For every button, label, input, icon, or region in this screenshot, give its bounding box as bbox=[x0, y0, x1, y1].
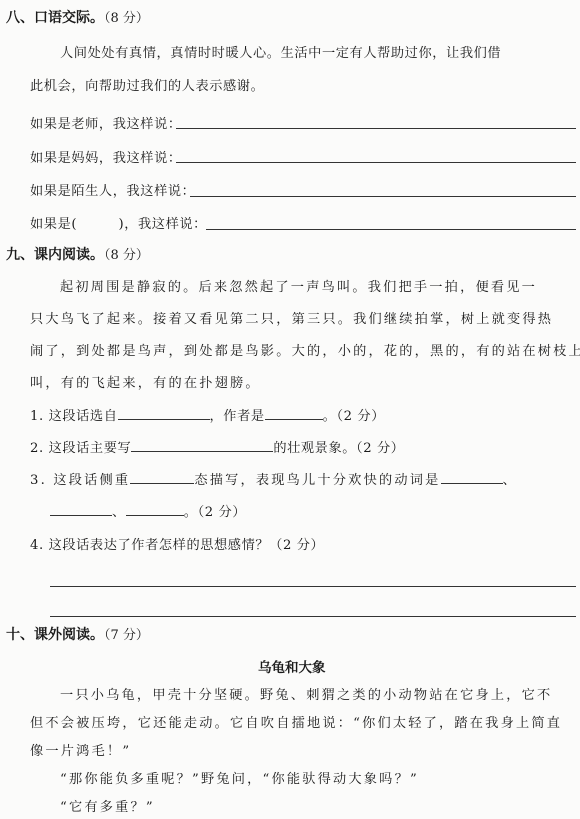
question-3: 3. 这段话侧重态描写，表现鸟儿十分欢快的动词是、 bbox=[30, 469, 518, 488]
q4-answer-line-2[interactable] bbox=[50, 616, 576, 617]
points: （8 分） bbox=[104, 11, 149, 26]
passage-line: 只大鸟飞了起来。接着又看见第二只，第三只。我们继续拍掌，树上就变得热 bbox=[30, 308, 553, 327]
question-4: 4. 这段话表达了作者怎样的思想感情？（2 分） bbox=[30, 534, 324, 553]
q3-blank-verb-3[interactable] bbox=[126, 503, 184, 516]
answer-line-teacher[interactable] bbox=[176, 128, 576, 129]
section-10-heading: 十、课外阅读。（7 分） bbox=[6, 624, 149, 644]
passage-line: 闹了，到处都是鸟声，到处都是鸟影。大的，小的，花的，黑的，有的站在树枝上 bbox=[30, 340, 580, 359]
answer-line-stranger[interactable] bbox=[190, 196, 576, 197]
q3-text: 。（2 分） bbox=[184, 505, 246, 520]
q1-blank-author[interactable] bbox=[265, 407, 323, 420]
question-1: 1. 这段话选自，作者是。（2 分） bbox=[30, 405, 385, 424]
passage-line: 起初周围是静寂的。后来忽然起了一声鸟叫。我们把手一拍，便看见一 bbox=[60, 276, 537, 295]
passage-line: 叫，有的飞起来，有的在扑翅膀。 bbox=[30, 372, 261, 391]
story-line: “它有多重？” bbox=[60, 796, 155, 815]
q3-text: 、 bbox=[503, 473, 518, 488]
story-line: “那你能负多重呢？”野兔问，“你能驮得动大象吗？” bbox=[60, 768, 419, 787]
q2-blank[interactable] bbox=[131, 439, 273, 452]
answer-line-custom[interactable] bbox=[206, 229, 576, 230]
points: （8 分） bbox=[104, 248, 149, 263]
story-line: 像一片鸿毛！” bbox=[30, 740, 131, 759]
q3-blank-verb-1[interactable] bbox=[441, 471, 503, 484]
section-9-heading: 九、课内阅读。（8 分） bbox=[6, 244, 149, 264]
points: （7 分） bbox=[104, 628, 149, 643]
q3-blank-aspect[interactable] bbox=[130, 471, 194, 484]
prompt-custom: 如果是( )，我这样说： bbox=[30, 213, 207, 232]
q3-text: 、 bbox=[112, 505, 126, 520]
q3-blank-verb-2[interactable] bbox=[50, 503, 112, 516]
story-title: 乌龟和大象 bbox=[258, 656, 326, 676]
story-line: 一只小乌龟，甲壳十分坚硬。野兔、刺猬之类的小动物站在它身上，它不 bbox=[60, 684, 552, 703]
question-3-cont: 、。（2 分） bbox=[50, 501, 246, 520]
heading-text: 八、口语交际。 bbox=[6, 10, 104, 26]
heading-text: 十、课外阅读。 bbox=[6, 627, 104, 643]
prompt-teacher: 如果是老师，我这样说： bbox=[30, 113, 182, 132]
q1-text: 。（2 分） bbox=[323, 409, 385, 424]
story-line: 但不会被压垮，它还能走动。它自吹自擂地说：“你们太轻了，踏在我身上简直 bbox=[30, 712, 562, 731]
q3-text: 态描写，表现鸟儿十分欢快的动词是 bbox=[194, 473, 440, 488]
section-8-intro-line-2: 此机会，向帮助过我们的人表示感谢。 bbox=[30, 75, 264, 94]
prompt-mother: 如果是妈妈，我这样说： bbox=[30, 147, 182, 166]
q2-text: 2. 这段话主要写 bbox=[30, 441, 131, 456]
q3-text: 3. 这段话侧重 bbox=[30, 473, 130, 488]
q1-blank-source[interactable] bbox=[118, 407, 210, 420]
q2-text: 的壮观景象。（2 分） bbox=[273, 441, 404, 456]
answer-line-mother[interactable] bbox=[176, 162, 576, 163]
section-8-intro-line-1: 人间处处有真情，真情时时暖人心。生活中一定有人帮助过你，让我们借 bbox=[60, 42, 501, 61]
q1-text: 1. 这段话选自 bbox=[30, 409, 118, 424]
section-8-heading: 八、口语交际。（8 分） bbox=[6, 7, 149, 27]
prompt-stranger: 如果是陌生人，我这样说： bbox=[30, 180, 195, 199]
q4-answer-line-1[interactable] bbox=[50, 586, 576, 587]
q1-text: ，作者是 bbox=[210, 409, 265, 424]
question-2: 2. 这段话主要写的壮观景象。（2 分） bbox=[30, 437, 405, 456]
heading-text: 九、课内阅读。 bbox=[6, 247, 104, 263]
